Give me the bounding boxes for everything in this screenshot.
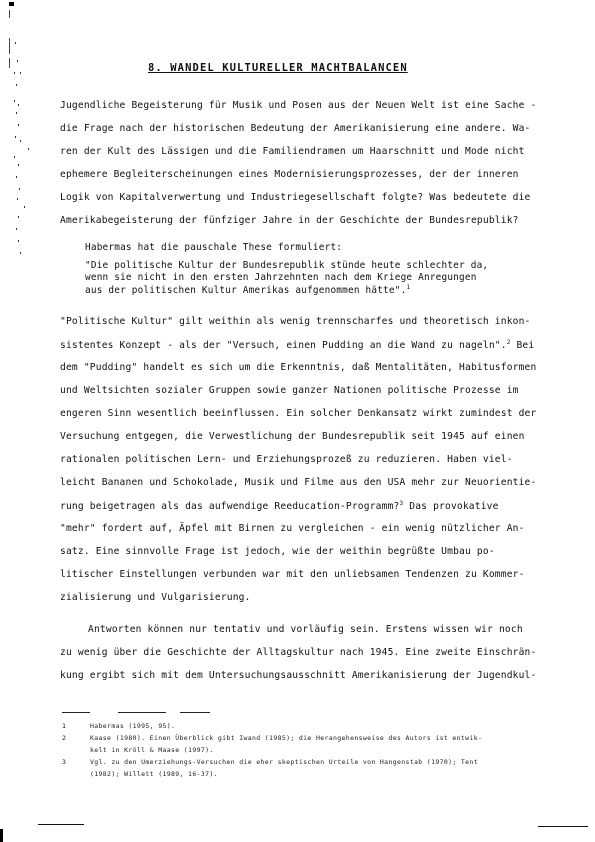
text-segment: rung beigetragen als das aufwendige Reed…: [60, 501, 400, 512]
text-line: Amerikabegeisterung der fünfziger Jahre …: [60, 215, 519, 226]
scan-edge-rule: [538, 826, 588, 827]
text-line: ephemere Begleiterscheinungen eines Mode…: [60, 169, 519, 180]
scan-speck: [28, 148, 29, 150]
footnote-text: Habermas (1995, 95).: [90, 722, 175, 730]
text-line: "mehr" fordert auf, Äpfel mit Birnen zu …: [60, 523, 525, 534]
quote-line: "Die politische Kultur der Bundesrepubli…: [85, 260, 488, 271]
scan-speck: [17, 198, 18, 200]
scan-line: [9, 58, 10, 68]
scan-speck: [18, 164, 19, 166]
footnote-ref: 1: [406, 284, 410, 291]
scan-speck: [15, 136, 16, 138]
footnote-number: 1: [62, 722, 66, 730]
footnote-text: (1982); Willett (1989, 16-37).: [90, 770, 218, 778]
scan-edge-rule: [38, 824, 84, 825]
text-segment: Das provokative: [403, 501, 498, 512]
scan-speck: [16, 176, 17, 178]
rule-segment: [118, 712, 166, 713]
text-line: Versuchung entgegen, die Verwestlichung …: [60, 431, 525, 442]
text-segment: sistentes Konzept - als der "Versuch, ei…: [60, 340, 507, 351]
scan-speck: [14, 100, 15, 102]
scan-speck: [18, 240, 19, 242]
rule-segment: [180, 712, 210, 713]
scan-speck: [14, 156, 15, 158]
scan-speck: [18, 124, 19, 126]
text-line: rationalen politischen Lern- und Erziehu…: [60, 454, 513, 465]
scan-speck: [20, 252, 21, 254]
quote-line: wenn sie nicht in den ersten Jahrzehnten…: [85, 272, 477, 283]
scan-speck: [20, 72, 21, 74]
scan-speck: [18, 104, 19, 106]
quote-text: aus der politischen Kultur Amerikas aufg…: [85, 285, 406, 296]
quote-intro: Habermas hat die pauschale These formuli…: [85, 242, 342, 253]
scan-speck: [17, 60, 18, 62]
text-line: engeren Sinn wesentlich beeinflussen. Ei…: [60, 408, 536, 419]
text-line: zialisierung und Vulgarisierung.: [60, 592, 251, 603]
scan-speck: [14, 72, 15, 74]
scan-speck: [18, 216, 19, 218]
text-line: und Weltsichten sozialer Gruppen sowie g…: [60, 385, 519, 396]
scan-speck: [15, 42, 16, 44]
text-line: sistentes Konzept - als der "Versuch, ei…: [60, 339, 534, 351]
footnote-number: 2: [62, 734, 66, 742]
quote-line: aus der politischen Kultur Amerikas aufg…: [85, 284, 410, 296]
scan-speck: [16, 228, 17, 230]
footnote-text: Kaase (1980). Einen Überblick gibt Iwand…: [90, 734, 482, 742]
text-line: dem "Pudding" handelt es sich um die Erk…: [60, 362, 536, 373]
scan-line: [9, 38, 10, 54]
text-line: ren der Kult des Lässigen und die Famili…: [60, 146, 525, 157]
scan-speck: [16, 112, 17, 114]
text-line: "Politische Kultur" gilt weithin als wen…: [60, 316, 531, 327]
footnote-text: Vgl. zu den Umerziehungs-Versuchen die e…: [90, 758, 478, 766]
text-line: Jugendliche Begeisterung für Musik und P…: [60, 100, 536, 111]
text-line: Logik von Kapitalverwertung und Industri…: [60, 192, 531, 203]
text-line: rung beigetragen als das aufwendige Reed…: [60, 500, 499, 512]
text-line: zu wenig über die Geschichte der Alltags…: [60, 647, 536, 658]
scan-corner-mark: [9, 2, 14, 6]
text-line: leicht Bananen und Schokolade, Musik und…: [60, 477, 536, 488]
text-line: die Frage nach der historischen Bedeutun…: [60, 123, 531, 134]
text-line: Antworten können nur tentativ und vorläu…: [88, 624, 523, 635]
rule-segment: [62, 712, 90, 713]
scan-speck: [20, 140, 21, 142]
text-line: litischer Einstellungen verbunden war mi…: [60, 569, 525, 580]
scan-edge-bar: [0, 829, 3, 842]
scan-speck: [24, 206, 25, 208]
text-line: kung ergibt sich mit dem Untersuchungsau…: [60, 670, 536, 681]
scan-speck: [16, 84, 17, 86]
scan-margin-marks: [6, 0, 36, 260]
scan-line: [9, 10, 10, 18]
scan-speck: [19, 188, 20, 190]
text-line: satz. Eine sinnvolle Frage ist jedoch, w…: [60, 546, 495, 557]
document-page: 8. WANDEL KULTURELLER MACHTBALANCEN Juge…: [0, 0, 595, 842]
footnote-number: 3: [62, 758, 66, 766]
footnote-text: kelt in Kröll & Maase (1997).: [90, 746, 214, 754]
text-segment: Bei: [511, 340, 535, 351]
chapter-heading: 8. WANDEL KULTURELLER MACHTBALANCEN: [148, 62, 408, 74]
